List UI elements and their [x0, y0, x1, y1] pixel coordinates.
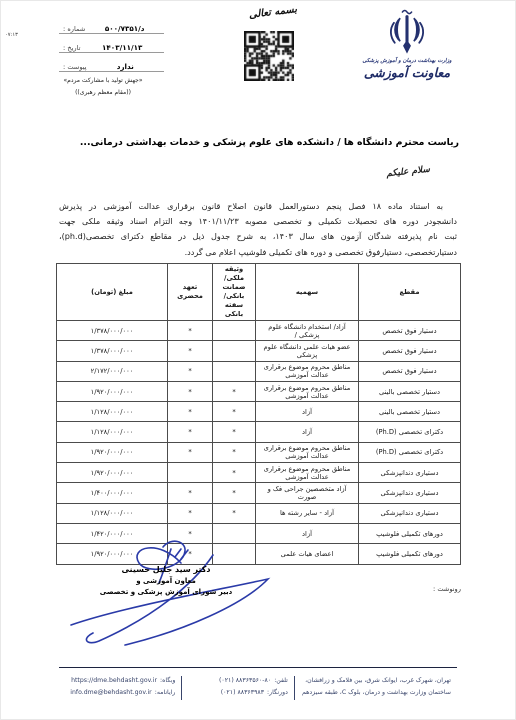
cell-quota: آزاد: [256, 422, 359, 442]
table-row: دستیار تخصصی بالینیمناطق محروم موضوع برق…: [57, 381, 461, 401]
cell-amount: ۱/۳۷۸/۰۰۰/۰۰۰: [57, 321, 168, 341]
fax-label: دورنگار:: [267, 687, 288, 699]
cell-quota: مناطق محروم موضوع برقراری عدالت آموزشی: [256, 463, 359, 483]
cell-quota: آزاد: [256, 402, 359, 422]
signer-identity: دکتر سید جلیل حسینی معاون آموزشی و دبیر …: [81, 565, 251, 596]
table-row: دستیاری دندانپزشکیآزاد - سایر رشته ها**۱…: [57, 503, 461, 523]
table-row: دستیار تخصصی بالینیآزاد**۱/۱۲۸/۰۰۰/۰۰۰: [57, 402, 461, 422]
footer: تهران، شهرک غرب، ایوانک شرق، بین فلامک و…: [53, 674, 457, 700]
cell-deed: [213, 341, 256, 361]
cell-deed: *: [213, 402, 256, 422]
cell-amount: ۱/۹۲۰/۰۰۰/۰۰۰: [57, 442, 168, 462]
letter-date-label: تاریخ :: [63, 44, 80, 52]
cell-notary: *: [168, 483, 213, 503]
table-header: مقطع سهمیه وثیقه ملکی/ ضمانت بانکی/ سفته…: [57, 264, 461, 321]
col-header-level: مقطع: [359, 264, 461, 321]
cell-level: دستیار فوق تخصص: [359, 341, 461, 361]
col-header-amount: مبلغ (تومان): [57, 264, 168, 321]
letter-number-label: شماره :: [63, 25, 85, 33]
footer-address: تهران، شهرک غرب، ایوانک شرق، بین فلامک و…: [295, 674, 457, 700]
website-value: https://dme.behdasht.gov.ir: [71, 675, 157, 687]
letter-date-value: ۱۴۰۳/۱۱/۱۳: [80, 43, 164, 52]
table-row: دستیار فوق تخصصمناطق محروم موضوع برقراری…: [57, 361, 461, 381]
cell-level: دستیار تخصصی بالینی: [359, 402, 461, 422]
cell-level: دکترای تخصصی (Ph.D): [359, 422, 461, 442]
letter-attachment-row: پیوست : ندارد: [59, 53, 164, 72]
cell-level: دستیار فوق تخصص: [359, 321, 461, 341]
cell-quota: آزاد/ استخدام دانشگاه علوم پزشکی /: [256, 321, 359, 341]
footer-divider: [294, 676, 295, 700]
signer-role-1: معاون آموزشی و: [81, 577, 251, 585]
letter-body: به استناد ماده ۱۸ فصل پنجم دستورالعمل قا…: [59, 199, 457, 260]
cell-quota: آزاد متخصصین جراحی فک و صورت: [256, 483, 359, 503]
table-row: دستیاری دندانپزشکیمناطق محروم موضوع برقر…: [57, 463, 461, 483]
cell-notary: *: [168, 361, 213, 381]
cell-quota: مناطق محروم موضوع برقراری عدالت آموزشی: [256, 361, 359, 381]
col-header-deed: وثیقه ملکی/ ضمانت بانکی/ سفته بانکی: [213, 264, 256, 321]
cell-amount: ۱/۴۰۰/۰۰۰/۰۰۰: [57, 483, 168, 503]
cell-quota: عضو هیات علمی دانشگاه علوم پزشکی: [256, 341, 359, 361]
cell-deed: *: [213, 381, 256, 401]
cell-amount: ۱/۱۲۸/۰۰۰/۰۰۰: [57, 503, 168, 523]
col-header-notary: تعهد محضری: [168, 264, 213, 321]
letter-number-row: شماره : د/۵۰۰/۷۳۵۱: [59, 15, 164, 34]
fees-table-wrapper: مقطع سهمیه وثیقه ملکی/ ضمانت بانکی/ سفته…: [56, 263, 461, 565]
cell-amount: ۱/۳۷۸/۰۰۰/۰۰۰: [57, 341, 168, 361]
cell-level: دستیاری دندانپزشکی: [359, 483, 461, 503]
print-timestamp: ۰۷:۱۳: [5, 32, 18, 38]
cell-amount: ۱/۹۲۰/۰۰۰/۰۰۰: [57, 381, 168, 401]
recipient-title: ریاست محترم دانشگاه ها / دانشکده های علو…: [57, 137, 459, 148]
cell-deed: [213, 321, 256, 341]
cell-amount: ۱/۹۲۰/۰۰۰/۰۰۰: [57, 463, 168, 483]
cell-notary: *: [168, 402, 213, 422]
phone-label: تلفن:: [274, 675, 288, 687]
body-line: دانشجودر دوره های تحصیلات تکمیلی و تخصصی…: [59, 214, 457, 229]
cell-deed: *: [213, 422, 256, 442]
copy-to-label: رونوشت :: [433, 585, 479, 593]
email-label: رایانامه:: [155, 687, 176, 699]
cell-quota: مناطق محروم موضوع برقراری عدالت آموزشی: [256, 442, 359, 462]
cell-amount: ۲/۱۷۲/۰۰۰/۰۰۰: [57, 361, 168, 381]
body-line: به استناد ماده ۱۸ فصل پنجم دستورالعمل قا…: [59, 199, 457, 214]
signer-role-2: دبیر شورای آموزش پزشکی و تخصصی: [81, 588, 251, 596]
cell-level: دورهای تکمیلی فلوشیپ: [359, 523, 461, 543]
ministry-name: وزارت بهداشت درمان و آموزش پزشکی: [347, 58, 467, 64]
table-row: دکترای تخصصی (Ph.D)آزاد**۱/۱۲۸/۰۰۰/۰۰۰: [57, 422, 461, 442]
letter-date-row: تاریخ : ۱۴۰۳/۱۱/۱۳: [59, 34, 164, 53]
footer-phones: تلفن: (۰۲۱) ۸۸۳۶۳۵۶۰-۸۰ دورنگار: (۰۲۱) ۸…: [182, 674, 294, 700]
slogan-line-2: ((مقام معظم رهبری)): [53, 87, 153, 99]
iran-emblem-icon: [347, 7, 467, 57]
cell-deed: *: [213, 503, 256, 523]
address-line-2: ساختمان وزارت بهداشت و درمان، بلوک C، طب…: [301, 687, 451, 699]
signer-name: دکتر سید جلیل حسینی: [81, 565, 251, 574]
cell-level: دستیار فوق تخصص: [359, 361, 461, 381]
signature-block: دکتر سید جلیل حسینی معاون آموزشی و دبیر …: [63, 533, 283, 653]
col-header-quota: سهمیه: [256, 264, 359, 321]
cell-notary: [168, 463, 213, 483]
cell-amount: ۱/۱۲۸/۰۰۰/۰۰۰: [57, 422, 168, 442]
footer-rule: [59, 667, 457, 668]
cell-amount: ۱/۱۲۸/۰۰۰/۰۰۰: [57, 402, 168, 422]
fax-value: (۰۲۱) ۸۸۳۶۳۹۸۳: [221, 687, 264, 699]
table-body: دستیار فوق تخصصآزاد/ استخدام دانشگاه علو…: [57, 321, 461, 565]
cell-deed: *: [213, 442, 256, 462]
cell-level: دکترای تخصصی (Ph.D): [359, 442, 461, 462]
footer-divider: [181, 676, 182, 700]
footer-web: وبگاه: https://dme.behdasht.gov.ir رایان…: [53, 674, 181, 700]
salutation-script: سلام علیکم: [386, 165, 431, 180]
letter-attachment-value: ندارد: [87, 62, 164, 71]
cell-level: دستیار تخصصی بالینی: [359, 381, 461, 401]
department-name: معاونت آموزشی: [347, 65, 467, 80]
cell-level: دستیاری دندانپزشکی: [359, 503, 461, 523]
email-value: info.dme@behdasht.gov.ir: [70, 687, 151, 699]
table-row: دستیار فوق تخصصآزاد/ استخدام دانشگاه علو…: [57, 321, 461, 341]
cell-deed: *: [213, 463, 256, 483]
cell-quota: مناطق محروم موضوع برقراری عدالت آموزشی: [256, 381, 359, 401]
letter-number-value: د/۵۰۰/۷۳۵۱: [85, 24, 164, 33]
table-row: دستیار فوق تخصصعضو هیات علمی دانشگاه علو…: [57, 341, 461, 361]
body-line: دستیارتخصصی، دستیارفوق تخصصی و دوره های …: [59, 245, 457, 260]
cell-notary: *: [168, 503, 213, 523]
cell-level: دستیاری دندانپزشکی: [359, 463, 461, 483]
table-row: دستیاری دندانپزشکیآزاد متخصصین جراحی فک …: [57, 483, 461, 503]
table-row: دکترای تخصصی (Ph.D)مناطق محروم موضوع برق…: [57, 442, 461, 462]
letter-meta: شماره : د/۵۰۰/۷۳۵۱ تاریخ : ۱۴۰۳/۱۱/۱۳ پی…: [59, 15, 164, 72]
slogan-line-1: «جهش تولید با مشارکت مردم»: [53, 75, 153, 87]
cell-quota: آزاد - سایر رشته ها: [256, 503, 359, 523]
cell-level: دورهای تکمیلی فلوشیپ: [359, 544, 461, 564]
ministry-header: وزارت بهداشت درمان و آموزش پزشکی معاونت …: [347, 7, 467, 80]
cell-deed: *: [213, 483, 256, 503]
qr-code: [244, 31, 294, 81]
letter-attachment-label: پیوست :: [63, 63, 87, 71]
cell-deed: [213, 361, 256, 381]
website-label: وبگاه:: [160, 675, 175, 687]
cell-notary: *: [168, 422, 213, 442]
fees-table: مقطع سهمیه وثیقه ملکی/ ضمانت بانکی/ سفته…: [56, 263, 461, 565]
cell-notary: *: [168, 341, 213, 361]
phone-value: (۰۲۱) ۸۸۳۶۳۵۶۰-۸۰: [219, 675, 271, 687]
besmele-text: بسمه تعالی: [241, 3, 306, 22]
address-line-1: تهران، شهرک غرب، ایوانک شرق، بین فلامک و…: [301, 675, 451, 687]
cell-notary: *: [168, 321, 213, 341]
year-slogan: «جهش تولید با مشارکت مردم» ((مقام معظم ر…: [53, 75, 153, 99]
cell-notary: *: [168, 442, 213, 462]
cell-notary: *: [168, 381, 213, 401]
body-line: ثبت نام پذیرفته شدگان آزمون های سال ۱۴۰۳…: [59, 229, 457, 244]
letter-page: وزارت بهداشت درمان و آموزش پزشکی معاونت …: [0, 0, 516, 720]
